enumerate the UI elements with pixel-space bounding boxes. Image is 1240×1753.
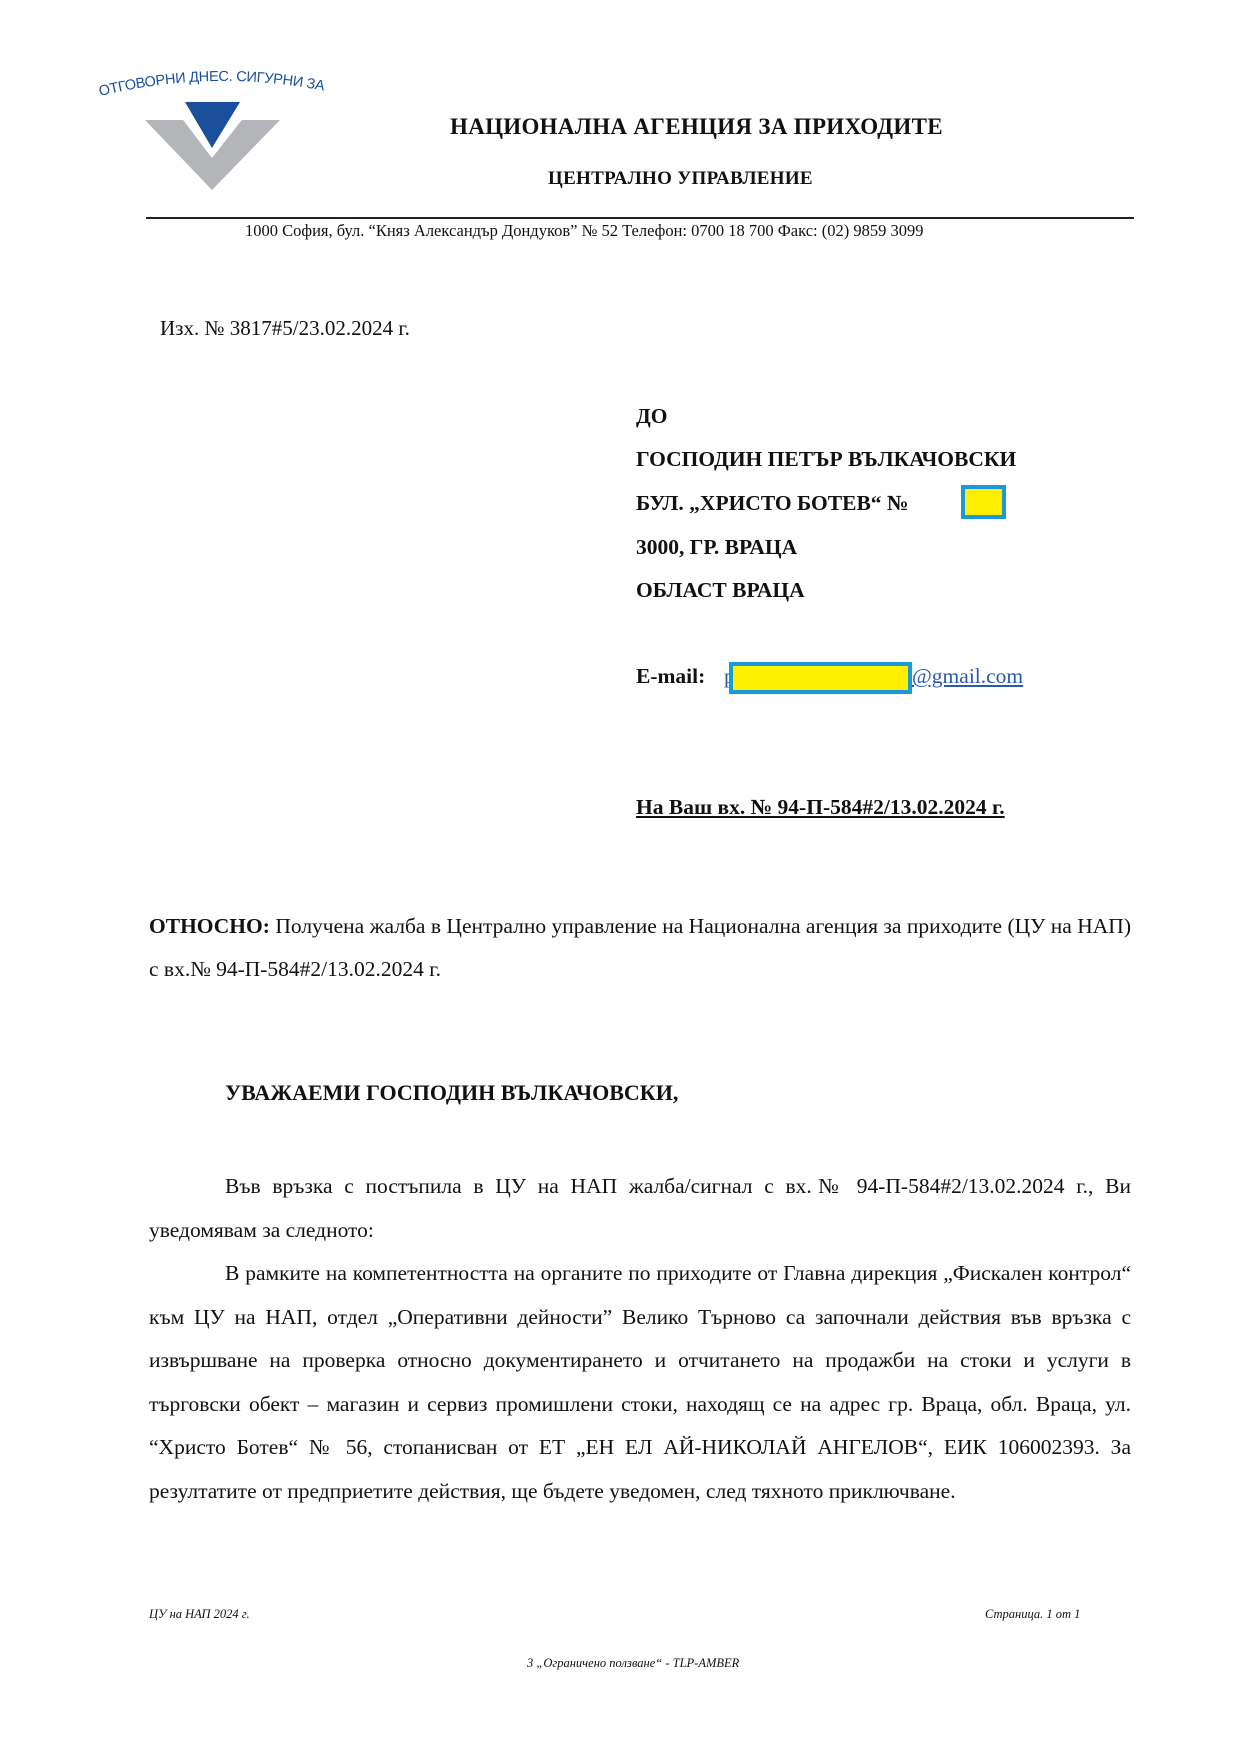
agency-slogan: ОТГОВОРНИ ДНЕС. СИГУРНИ ЗА УТРЕ.: [95, 62, 335, 102]
classification-label: 3 „Ограничено ползване“ - TLP-AMBER: [527, 1656, 739, 1671]
svg-text:ОТГОВОРНИ ДНЕС. СИГУРНИ ЗА УТР: ОТГОВОРНИ ДНЕС. СИГУРНИ ЗА УТРЕ.: [95, 62, 329, 100]
subject-block: ОТНОСНО: Получена жалба в Централно упра…: [149, 905, 1131, 991]
redacted-street-number: [961, 485, 1006, 519]
body-paragraph: Във връзка с постъпила в ЦУ на НАП жалба…: [149, 1165, 1131, 1252]
nap-logo-icon: [145, 100, 280, 190]
footer-left: ЦУ на НАП 2024 г.: [149, 1607, 250, 1622]
header-divider: [146, 217, 1134, 219]
body-paragraph: В рамките на компетентността на органите…: [149, 1252, 1131, 1513]
outgoing-number: Изх. № 3817#5/23.02.2024 г.: [160, 316, 410, 341]
letter-body: Във връзка с постъпила в ЦУ на НАП жалба…: [149, 1165, 1131, 1513]
recipient-street: БУЛ. „ХРИСТО БОТЕВ“ №: [636, 491, 909, 516]
recipient-to: ДО: [636, 404, 668, 429]
agency-address: 1000 София, бул. “Княз Александър Дондук…: [245, 221, 923, 241]
email-label: E-mail:: [636, 664, 705, 689]
redacted-email-user: [729, 662, 912, 694]
agency-subtitle: ЦЕНТРАЛНО УПРАВЛЕНИЕ: [548, 168, 813, 190]
recipient-region: ОБЛАСТ ВРАЦА: [636, 578, 805, 603]
subject-text: Получена жалба в Централно управление на…: [149, 914, 1131, 981]
recipient-name: ГОСПОДИН ПЕТЪР ВЪЛКАЧОВСКИ: [636, 447, 1016, 472]
subject-label: ОТНОСНО:: [149, 914, 270, 938]
page-number: Страница. 1 от 1: [985, 1607, 1080, 1622]
agency-title: НАЦИОНАЛНА АГЕНЦИЯ ЗА ПРИХОДИТЕ: [450, 114, 943, 140]
reference-number: На Ваш вх. № 94-П-584#2/13.02.2024 г.: [636, 795, 1005, 820]
recipient-city: 3000, ГР. ВРАЦА: [636, 535, 797, 560]
email-link[interactable]: @gmail.com: [912, 664, 1023, 689]
salutation: УВАЖАЕМИ ГОСПОДИН ВЪЛКАЧОВСКИ,: [225, 1080, 678, 1106]
